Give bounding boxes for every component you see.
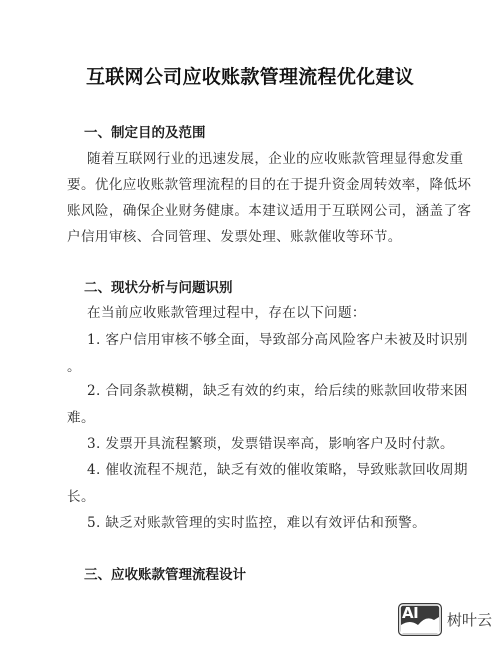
paragraph-line: 要。优化应收账款管理流程的目的在于提升资金周转效率，降低坏 bbox=[67, 173, 439, 193]
ai-logo-text: AI bbox=[402, 604, 418, 622]
paragraph-line: 户信用审核、合同管理、发票处理、账款催收等环节。 bbox=[67, 225, 439, 245]
document-page: 互联网公司应收账款管理流程优化建议 一、制定目的及范围 随着互联网行业的迅速发展… bbox=[0, 0, 500, 647]
ai-logo-icon: AI bbox=[398, 603, 442, 636]
paragraph-intro: 在当前应收账款管理过程中，存在以下问题： bbox=[87, 301, 459, 321]
list-item-4-continuation: 长。 bbox=[67, 485, 439, 505]
paragraph-line: 随着互联网行业的迅速发展，企业的应收账款管理显得愈发重 bbox=[87, 147, 459, 167]
list-item-1: 1. 客户信用审核不够全面，导致部分高风险客户未被及时识别 bbox=[87, 328, 459, 348]
watermark: AI 树叶云 bbox=[398, 601, 492, 637]
section-heading-1: 一、制定目的及范围 bbox=[84, 121, 206, 141]
list-item-4: 4. 催收流程不规范，缺乏有效的催收策略，导致账款回收周期 bbox=[87, 458, 459, 478]
list-item-1-continuation: 。 bbox=[67, 355, 439, 375]
list-item-5: 5. 缺乏对账款管理的实时监控，难以有效评估和预警。 bbox=[87, 511, 459, 531]
section-heading-3: 三、应收账款管理流程设计 bbox=[84, 563, 246, 583]
list-item-2-continuation: 难。 bbox=[67, 406, 439, 426]
paragraph-line: 账风险，确保企业财务健康。本建议适用于互联网公司，涵盖了客 bbox=[67, 199, 439, 219]
list-item-3: 3. 发票开具流程繁琐，发票错误率高，影响客户及时付款。 bbox=[87, 432, 459, 452]
watermark-name: 树叶云 bbox=[447, 609, 492, 630]
document-title: 互联网公司应收账款管理流程优化建议 bbox=[0, 62, 500, 89]
list-item-2: 2. 合同条款模糊，缺乏有效的约束，给后续的账款回收带来困 bbox=[87, 379, 459, 399]
section-heading-2: 二、现状分析与问题识别 bbox=[84, 276, 233, 296]
